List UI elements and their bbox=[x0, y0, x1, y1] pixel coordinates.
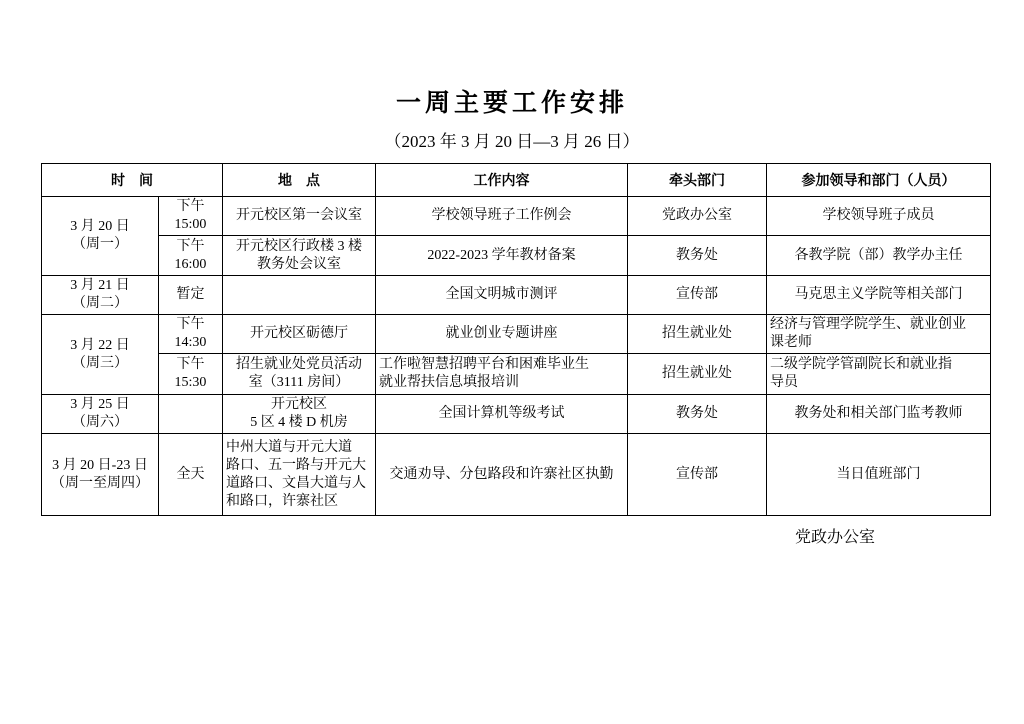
cell-date: 3 月 20 日 （周一） bbox=[42, 197, 159, 276]
cell-location: 开元校区第一会议室 bbox=[223, 197, 376, 236]
cell-lead: 教务处 bbox=[628, 395, 767, 434]
cell-content: 学校领导班子工作例会 bbox=[376, 197, 628, 236]
cell-content: 全国计算机等级考试 bbox=[376, 395, 628, 434]
cell-location: 中州大道与开元大道 路口、五一路与开元大 道路口、文昌大道与人 和路口，许寨社区 bbox=[223, 434, 376, 516]
footer-signature: 党政办公室 bbox=[795, 524, 875, 547]
cell-location: 开元校区行政楼 3 楼 教务处会议室 bbox=[223, 236, 376, 276]
table-row: 3 月 20 日 （周一） 下午 15:00 开元校区第一会议室 学校领导班子工… bbox=[42, 197, 991, 236]
cell-participants: 当日值班部门 bbox=[767, 434, 991, 516]
cell-participants: 二级学院学管副院长和就业指 导员 bbox=[767, 354, 991, 395]
table-row: 3 月 20 日-23 日 （周一至周四） 全天 中州大道与开元大道 路口、五一… bbox=[42, 434, 991, 516]
table-row: 下午 15:30 招生就业处党员活动 室（3111 房间） 工作啦智慧招聘平台和… bbox=[42, 354, 991, 395]
page-title: 一周主要工作安排 bbox=[0, 83, 1024, 119]
cell-date: 3 月 21 日 （周二） bbox=[42, 276, 159, 315]
header-row: 时 间 地 点 工作内容 牵头部门 参加领导和部门（人员） bbox=[42, 164, 991, 197]
cell-content: 交通劝导、分包路段和许寨社区执勤 bbox=[376, 434, 628, 516]
cell-date: 3 月 25 日 （周六） bbox=[42, 395, 159, 434]
cell-time: 下午 14:30 bbox=[159, 315, 223, 354]
cell-time: 下午 15:30 bbox=[159, 354, 223, 395]
cell-location: 招生就业处党员活动 室（3111 房间） bbox=[223, 354, 376, 395]
cell-lead: 教务处 bbox=[628, 236, 767, 276]
cell-lead: 党政办公室 bbox=[628, 197, 767, 236]
cell-participants: 马克思主义学院等相关部门 bbox=[767, 276, 991, 315]
table-row: 3 月 25 日 （周六） 开元校区 5 区 4 楼 D 机房 全国计算机等级考… bbox=[42, 395, 991, 434]
cell-participants: 经济与管理学院学生、就业创业 课老师 bbox=[767, 315, 991, 354]
cell-content: 就业创业专题讲座 bbox=[376, 315, 628, 354]
cell-time bbox=[159, 395, 223, 434]
document-page: 一周主要工作安排 （2023 年 3 月 20 日—3 月 26 日） 时 间 … bbox=[0, 0, 1024, 724]
cell-lead: 招生就业处 bbox=[628, 315, 767, 354]
cell-participants: 教务处和相关部门监考教师 bbox=[767, 395, 991, 434]
table-row: 下午 16:00 开元校区行政楼 3 楼 教务处会议室 2022-2023 学年… bbox=[42, 236, 991, 276]
cell-location: 开元校区砺德厅 bbox=[223, 315, 376, 354]
cell-lead: 宣传部 bbox=[628, 434, 767, 516]
cell-location: 开元校区 5 区 4 楼 D 机房 bbox=[223, 395, 376, 434]
cell-lead: 宣传部 bbox=[628, 276, 767, 315]
cell-content: 工作啦智慧招聘平台和困难毕业生 就业帮扶信息填报培训 bbox=[376, 354, 628, 395]
cell-time: 下午 16:00 bbox=[159, 236, 223, 276]
col-header-time: 时 间 bbox=[42, 164, 223, 197]
page-subtitle: （2023 年 3 月 20 日—3 月 26 日） bbox=[0, 127, 1024, 152]
col-header-participants: 参加领导和部门（人员） bbox=[767, 164, 991, 197]
cell-lead: 招生就业处 bbox=[628, 354, 767, 395]
cell-time: 下午 15:00 bbox=[159, 197, 223, 236]
table-row: 3 月 21 日 （周二） 暂定 全国文明城市测评 宣传部 马克思主义学院等相关… bbox=[42, 276, 991, 315]
col-header-location: 地 点 bbox=[223, 164, 376, 197]
cell-content: 2022-2023 学年教材备案 bbox=[376, 236, 628, 276]
cell-content: 全国文明城市测评 bbox=[376, 276, 628, 315]
table-row: 3 月 22 日 （周三） 下午 14:30 开元校区砺德厅 就业创业专题讲座 … bbox=[42, 315, 991, 354]
cell-participants: 各教学院（部）教学办主任 bbox=[767, 236, 991, 276]
cell-date: 3 月 20 日-23 日 （周一至周四） bbox=[42, 434, 159, 516]
weekly-schedule-table: 时 间 地 点 工作内容 牵头部门 参加领导和部门（人员） 3 月 20 日 （… bbox=[41, 163, 991, 516]
cell-time: 全天 bbox=[159, 434, 223, 516]
cell-time: 暂定 bbox=[159, 276, 223, 315]
cell-location bbox=[223, 276, 376, 315]
cell-participants: 学校领导班子成员 bbox=[767, 197, 991, 236]
cell-date: 3 月 22 日 （周三） bbox=[42, 315, 159, 395]
col-header-content: 工作内容 bbox=[376, 164, 628, 197]
col-header-lead: 牵头部门 bbox=[628, 164, 767, 197]
